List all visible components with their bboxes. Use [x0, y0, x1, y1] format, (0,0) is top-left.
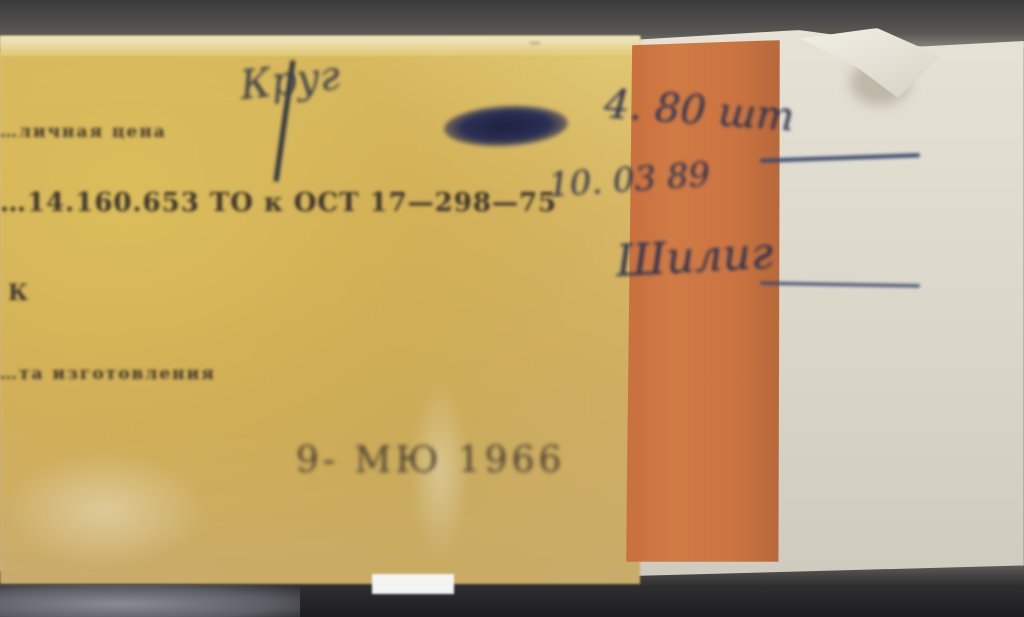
label-date-line: …та изготовления: [0, 364, 216, 384]
photo-scene: … …личная цена …14.160.653 ТО к ОСТ 17—2…: [0, 0, 1024, 617]
label-spec-line: …14.160.653 ТО к ОСТ 17—298—75: [0, 188, 557, 218]
label-k-line: К: [8, 280, 29, 306]
label-top-edge: [0, 36, 640, 56]
white-paper-notch: [372, 574, 454, 594]
label-top-small-text: …: [530, 36, 541, 47]
label-price-line: …личная цена: [0, 122, 167, 142]
label-stain: [0, 450, 210, 570]
background-cloth: [0, 585, 300, 617]
label-date-stamp: 9- МЮ 1966: [296, 440, 565, 481]
handwritten-signature-bottom: Шилиг: [615, 228, 775, 287]
